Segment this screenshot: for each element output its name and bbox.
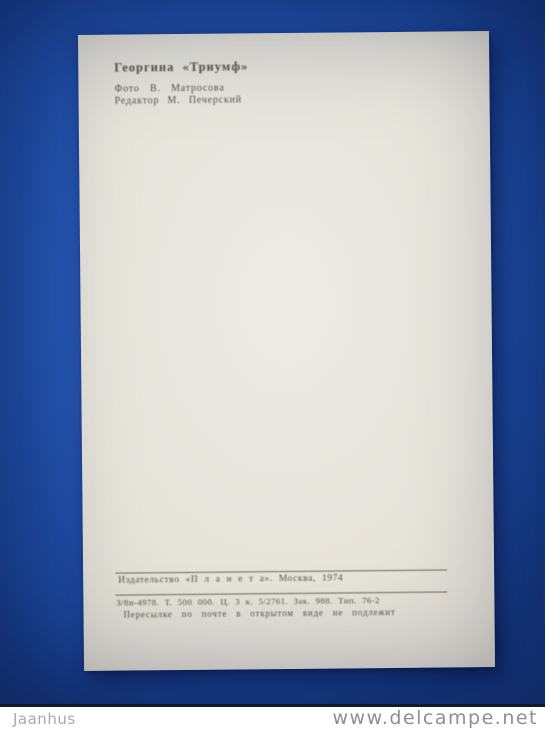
seller-watermark: Jaanhus [13,710,76,728]
editor-credit: Редактор М. Печерский [115,94,242,106]
photo-credit: Фото В. Матросова [114,83,224,95]
postcard-back: Георгина «Триумф» Фото В. Матросова Реда… [78,31,495,671]
delcampe-watermark: www.delcampe.net [332,707,538,729]
postcard-title: Георгина «Триумф» [114,59,248,75]
imprint-line: З/8и-4978. Т. 500 000. Ц. 3 к. 5/2761. З… [116,595,380,608]
photo-background: Георгина «Триумф» Фото В. Матросова Реда… [0,0,545,707]
imprint-divider-top [115,569,447,573]
imprint-divider-middle [115,591,447,595]
mailing-note: Пересылке по почте в открытом виде не по… [123,607,395,620]
listing-image: Георгина «Триумф» Фото В. Матросова Реда… [0,0,545,730]
publisher-line: Издательство «П л а н е т а». Москва, 19… [118,573,343,585]
watermark-strip: Jaanhus www.delcampe.net [0,707,545,730]
